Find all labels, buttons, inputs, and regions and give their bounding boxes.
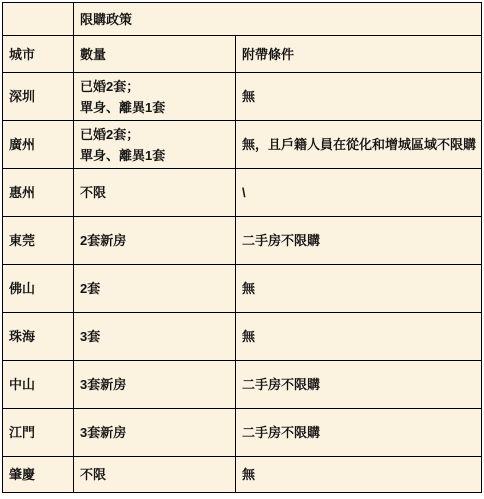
condition-cell: 無 [236, 73, 482, 121]
condition-cell: 無 [236, 313, 482, 361]
condition-cell: 無，且戶籍人員在從化和增城區域不限購 [236, 121, 482, 169]
condition-cell: 無 [236, 457, 482, 493]
quantity-cell: 已婚2套； 單身、離異1套 [74, 73, 236, 121]
quantity-cell: 3套新房 [74, 361, 236, 409]
quantity-cell: 2套 [74, 265, 236, 313]
column-header-condition: 附帶條件 [236, 36, 482, 73]
condition-cell: 二手房不限購 [236, 217, 482, 265]
quantity-cell: 3套新房 [74, 409, 236, 457]
corner-empty-cell [3, 3, 74, 36]
city-cell: 江門 [3, 409, 74, 457]
merged-header-cell: 限購政策 [74, 3, 482, 36]
table-row: 東莞 2套新房 二手房不限購 [3, 217, 482, 265]
table-row: 江門 3套新房 二手房不限購 [3, 409, 482, 457]
table-row-column-headers: 城市 數量 附帶條件 [3, 36, 482, 73]
quantity-cell: 不限 [74, 169, 236, 217]
condition-cell: 二手房不限購 [236, 361, 482, 409]
table-row-merged-header: 限購政策 [3, 3, 482, 36]
city-cell: 佛山 [3, 265, 74, 313]
city-cell: 中山 [3, 361, 74, 409]
table-row: 佛山 2套 無 [3, 265, 482, 313]
quantity-cell: 3套 [74, 313, 236, 361]
table-row: 珠海 3套 無 [3, 313, 482, 361]
quantity-cell: 不限 [74, 457, 236, 493]
city-cell: 東莞 [3, 217, 74, 265]
table-row: 廣州 已婚2套； 單身、離異1套 無，且戶籍人員在從化和增城區域不限購 [3, 121, 482, 169]
table-row: 肇慶 不限 無 [3, 457, 482, 493]
condition-cell: 二手房不限購 [236, 409, 482, 457]
condition-cell: \ [236, 169, 482, 217]
city-cell: 惠州 [3, 169, 74, 217]
city-cell: 珠海 [3, 313, 74, 361]
table-row: 深圳 已婚2套； 單身、離異1套 無 [3, 73, 482, 121]
city-cell: 深圳 [3, 73, 74, 121]
city-cell: 肇慶 [3, 457, 74, 493]
table-row: 惠州 不限 \ [3, 169, 482, 217]
city-cell: 廣州 [3, 121, 74, 169]
column-header-city: 城市 [3, 36, 74, 73]
purchase-restriction-table: 限購政策 城市 數量 附帶條件 深圳 已婚2套； 單身、離異1套 無 廣州 已婚… [2, 2, 482, 493]
column-header-quantity: 數量 [74, 36, 236, 73]
table-row: 中山 3套新房 二手房不限購 [3, 361, 482, 409]
table-container: 限購政策 城市 數量 附帶條件 深圳 已婚2套； 單身、離異1套 無 廣州 已婚… [0, 0, 484, 495]
condition-cell: 無 [236, 265, 482, 313]
quantity-cell: 已婚2套； 單身、離異1套 [74, 121, 236, 169]
quantity-cell: 2套新房 [74, 217, 236, 265]
